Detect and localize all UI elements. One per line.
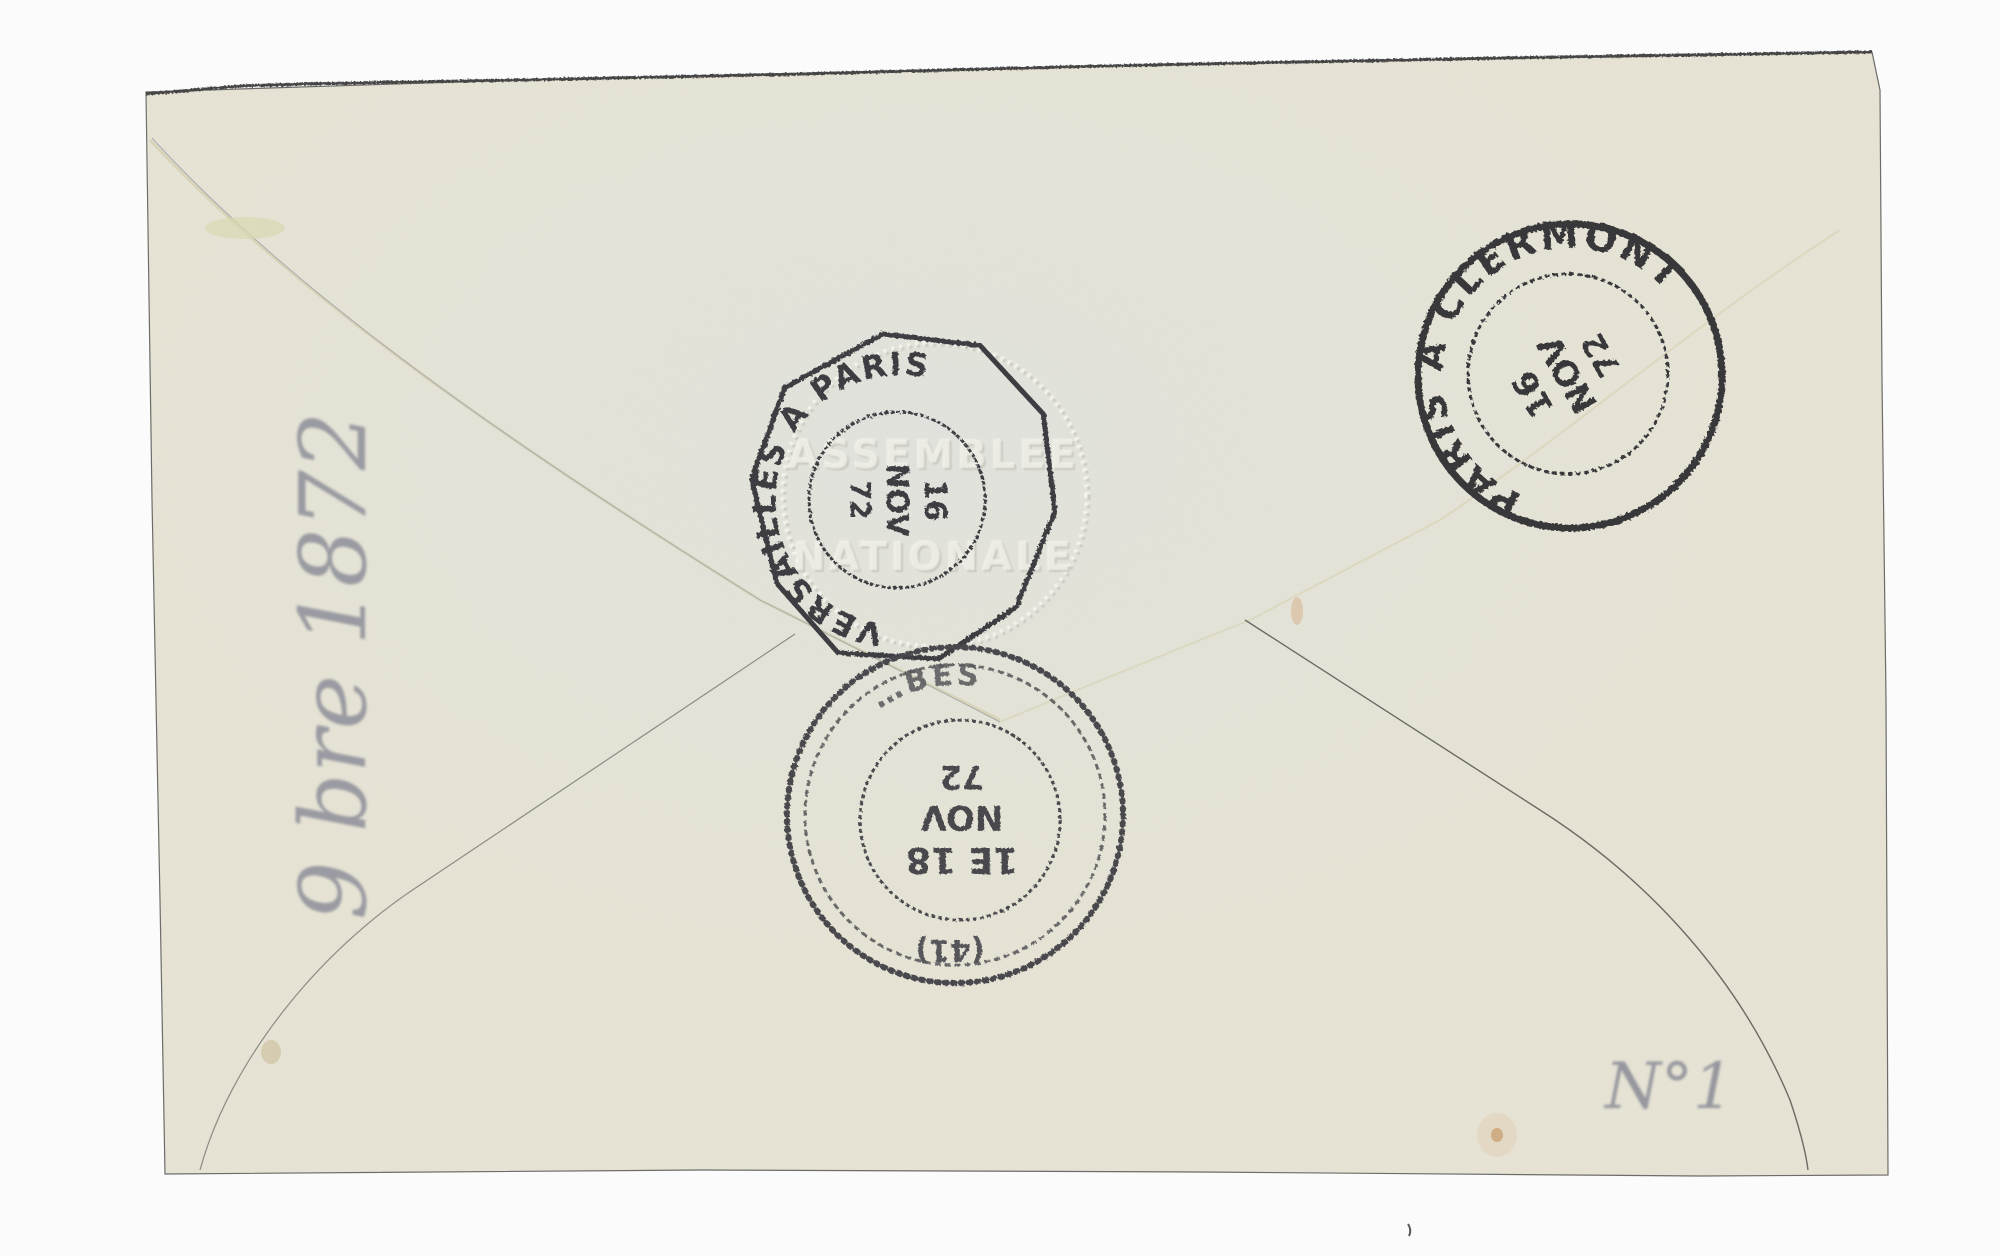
- svg-text:1E 18: 1E 18: [906, 839, 1018, 880]
- svg-text:NOV: NOV: [879, 463, 914, 537]
- envelope-photo: ASSEMBLEE ASSEMBLEE NATIONALE NATIONALE …: [0, 0, 2000, 1256]
- svg-text:72: 72: [844, 481, 877, 520]
- svg-text:N°1: N°1: [1603, 1050, 1734, 1124]
- svg-text:9 bre 1872: 9 bre 1872: [280, 412, 387, 920]
- svg-text:72: 72: [940, 758, 985, 796]
- svg-text:NOV: NOV: [920, 797, 1003, 837]
- envelope-body: [146, 52, 1888, 1176]
- handwritten-number: N°1: [1603, 1050, 1734, 1124]
- svg-text:(41): (41): [915, 932, 984, 967]
- envelope-graphic: ASSEMBLEE ASSEMBLEE NATIONALE NATIONALE …: [0, 0, 2000, 1256]
- handwritten-date: 9 bre 1872: [280, 412, 387, 920]
- svg-text:ASSEMBLEE: ASSEMBLEE: [787, 432, 1079, 478]
- svg-text:16: 16: [917, 479, 952, 521]
- speck: [1408, 1224, 1410, 1236]
